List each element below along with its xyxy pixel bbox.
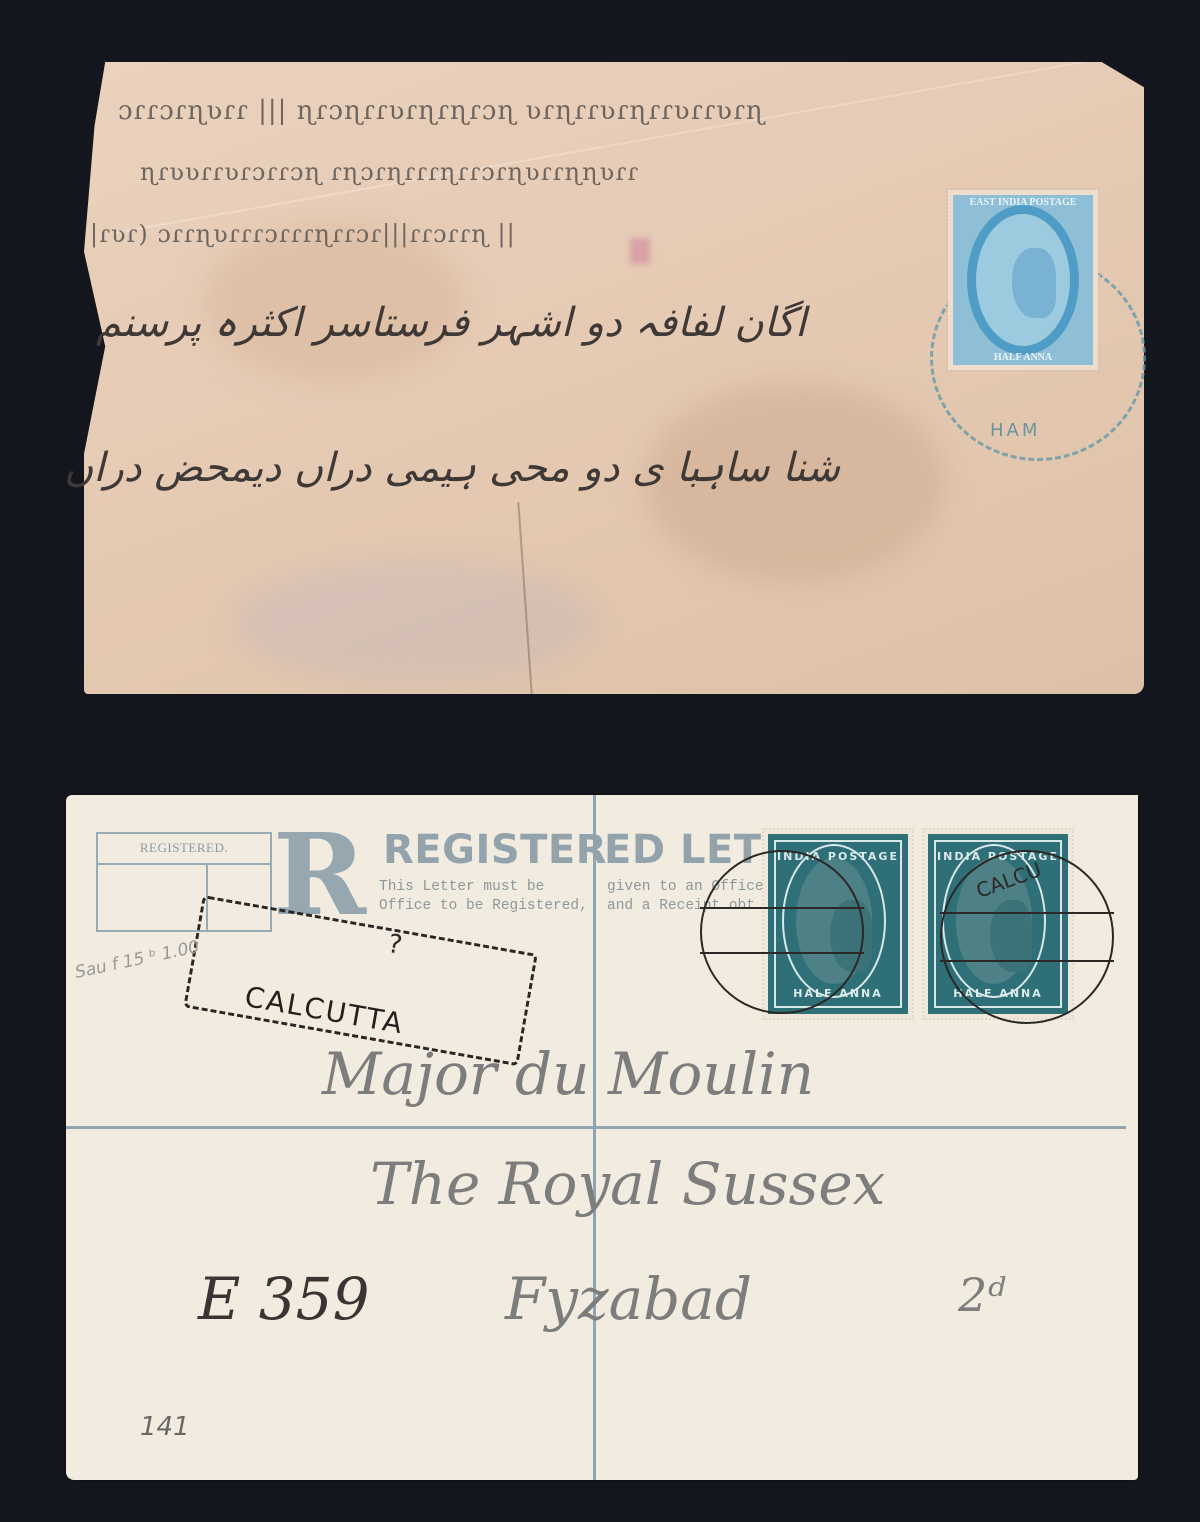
east-india-half-anna-stamp: EAST INDIA POSTAGE HALF ANNA — [948, 190, 1098, 370]
left-manuscript-note: E 359 — [198, 1265, 369, 1333]
postmark-circle-1 — [700, 850, 864, 1014]
postage-due-note: 2ᵈ — [958, 1268, 1006, 1322]
address-line-3: Fyzabad — [505, 1265, 752, 1333]
urdu-address-line-2: شنا ساہبا ی دو محی ہیمی دراں دیمحض دراں — [100, 445, 840, 491]
instruction-line: Office to be Registered, — [379, 897, 588, 916]
instructions-left: This Letter must beOffice to be Register… — [379, 878, 588, 916]
address-line-1: Major du Moulin — [322, 1040, 814, 1108]
instruction-line: This Letter must be — [379, 878, 588, 897]
stamp-oval-frame — [967, 205, 1079, 355]
script-line-2: ɳɾʋʋɾɾʋɾɔɾɾɔɳ ɾɳɔɾɳɾɾɾɳɾɾɔɾɳʋɾɾɳɳʋɾɾ — [140, 158, 639, 186]
postmark-bar — [940, 912, 1114, 914]
printed-vertical-line — [593, 795, 596, 1480]
stamp-inscription-top: EAST INDIA POSTAGE — [953, 197, 1093, 208]
postmark-bar — [940, 960, 1114, 962]
script-line-1: ɔɾɾɔɾɳʋɾɾ ||| ɳɾɔɳɾɾʋɾɳɾɳɾɔɳ ʋɾɳɾɾʋɾɳɾɾʋ… — [118, 96, 765, 126]
registered-title-left: REGISTER — [383, 830, 607, 870]
postmark-text: HAM — [990, 420, 1040, 441]
printed-horizontal-line — [66, 1126, 1126, 1129]
urdu-address-line-1: اگان لفافہ دو اشہر فرستاسر اکثرہ پرسنم — [96, 300, 916, 346]
postmark-bar — [700, 907, 864, 909]
script-line-3: |ɾʋɾ) ɔɾɾɳʋɾɾɾɔɾɾɾɳɾɾɔɾ|||ɾɾɔɾɾɳ || — [90, 220, 516, 248]
postmark-bar — [700, 952, 864, 954]
registered-box-label: REGISTERED. — [98, 834, 270, 865]
bottom-pencil-note: 141 — [140, 1412, 190, 1442]
paper-stain — [234, 562, 594, 682]
stamp-inscription-bottom: HALF ANNA — [953, 352, 1093, 363]
address-line-2: The Royal Sussex — [370, 1150, 885, 1218]
ink-smudge — [630, 238, 650, 264]
queen-victoria-portrait — [1012, 248, 1056, 318]
